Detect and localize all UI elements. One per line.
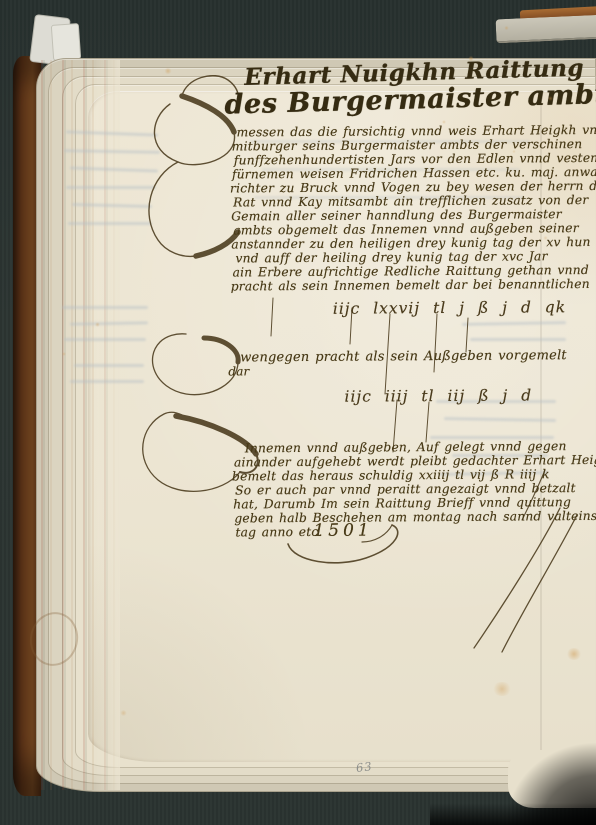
folio-number-pencil: 63 xyxy=(355,759,373,775)
turn-line: wengegen pracht als sein Außgeben vorgem… xyxy=(240,348,567,365)
expense-sum: iijc iiij tl iij ß j d xyxy=(344,386,532,405)
turn-catchword: dar xyxy=(228,364,249,378)
manuscript-text: Erhart Nuigkhn Raittung des Burgermaiste… xyxy=(0,0,596,825)
corner-shadow xyxy=(476,715,596,825)
income-sum: iijc lxxvij tl j ß j d qk xyxy=(333,298,566,318)
closing-line: geben halb Beschehen am montag nach sann… xyxy=(234,509,596,526)
archive-photo: Erhart Nuigkhn Raittung des Burgermaiste… xyxy=(0,0,596,825)
closing-date-prefix: tag anno etc. xyxy=(235,525,322,540)
body-line: pracht als sein Innemen bemelt dar bei b… xyxy=(231,277,590,294)
year-1501: 1501 xyxy=(313,520,372,540)
